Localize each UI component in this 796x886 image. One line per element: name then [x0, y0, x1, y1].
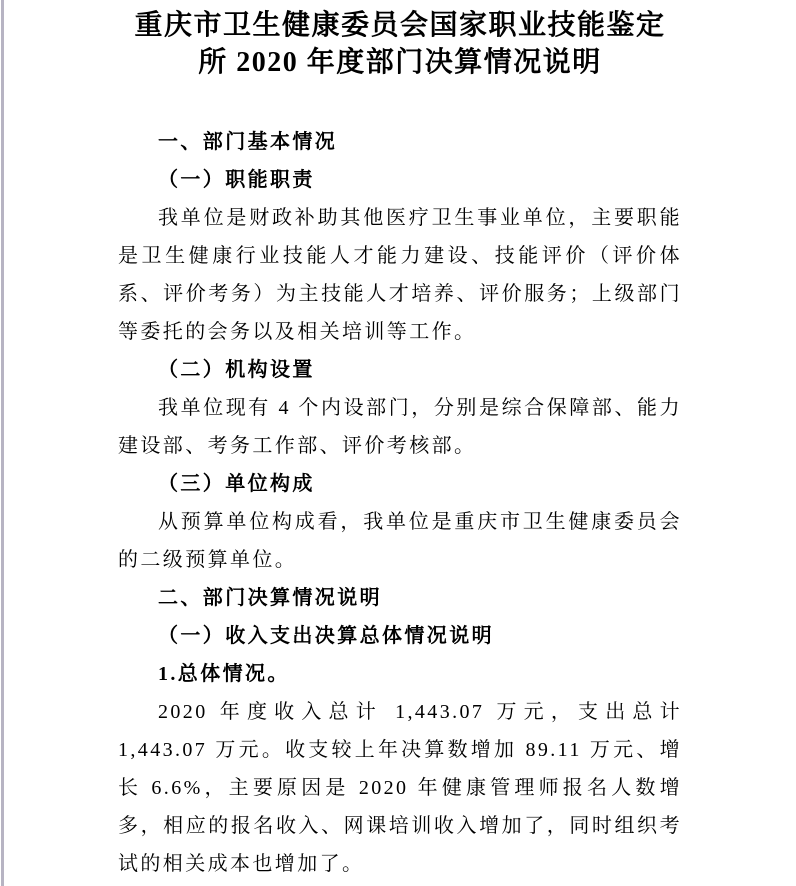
paragraph-duties: 我单位是财政补助其他医疗卫生事业单位，主要职能是卫生健康行业技能人才能力建设、技…: [118, 199, 682, 351]
document-page: 重庆市卫生健康委员会国家职业技能鉴定 所 2020 年度部门决算情况说明 一、部…: [0, 0, 796, 886]
section-1-heading: 一、部门基本情况: [118, 123, 682, 161]
subsection-overall-heading: 1.总体情况。: [118, 655, 682, 693]
section-2-1-heading: （一）收入支出决算总体情况说明: [118, 617, 682, 655]
paragraph-internal-structure: 我单位现有 4 个内设部门，分别是综合保障部、能力建设部、考务工作部、评价考核部…: [118, 389, 682, 465]
document-title-line-2: 所 2020 年度部门决算情况说明: [118, 44, 682, 81]
section-2-heading: 二、部门决算情况说明: [118, 579, 682, 617]
document-title-line-1: 重庆市卫生健康委员会国家职业技能鉴定: [118, 7, 682, 44]
document-content: 重庆市卫生健康委员会国家职业技能鉴定 所 2020 年度部门决算情况说明 一、部…: [118, 7, 682, 883]
section-1-3-heading: （三）单位构成: [118, 465, 682, 503]
section-1-1-heading: （一）职能职责: [118, 161, 682, 199]
section-1-2-heading: （二）机构设置: [118, 351, 682, 389]
page-left-edge-divider: [1, 0, 4, 886]
document-body: 一、部门基本情况 （一）职能职责 我单位是财政补助其他医疗卫生事业单位，主要职能…: [118, 123, 682, 883]
paragraph-overall-figures: 2020 年度收入总计 1,443.07 万元，支出总计 1,443.07 万元…: [118, 693, 682, 883]
paragraph-unit-composition: 从预算单位构成看，我单位是重庆市卫生健康委员会的二级预算单位。: [118, 503, 682, 579]
document-title: 重庆市卫生健康委员会国家职业技能鉴定 所 2020 年度部门决算情况说明: [118, 7, 682, 81]
